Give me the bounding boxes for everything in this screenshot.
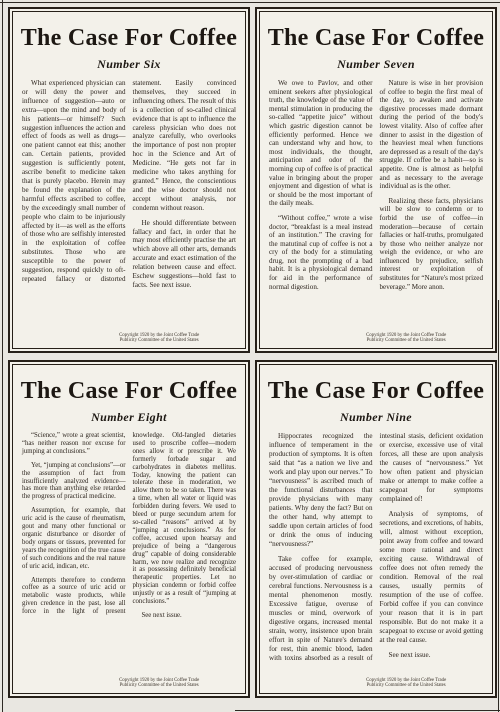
paragraph: Hippocrates recognized the influence of …: [269, 432, 373, 549]
ad-subtitle: Number Six: [13, 57, 245, 72]
copyright-line: Publicity Committee of the United States: [350, 338, 461, 344]
ad-title: The Case For Coffee: [13, 378, 245, 405]
ad-number-six-frame: The Case For Coffee Number Six What expe…: [12, 11, 246, 349]
ad-body-text: We owe to Pavlov, and other eminent seek…: [260, 79, 492, 332]
paragraph: He should differentiate between fallacy …: [133, 219, 237, 290]
paragraph: We owe to Pavlov, and other eminent seek…: [269, 79, 373, 208]
ad-body-text: What experienced physician can or will d…: [13, 79, 245, 332]
ad-subtitle: Number Nine: [260, 410, 492, 425]
ad-title: The Case For Coffee: [13, 25, 245, 52]
paragraph: Nature is wise in her provision of coffe…: [380, 79, 484, 191]
ad-number-nine-frame: The Case For Coffee Number Nine Hippocra…: [259, 364, 493, 694]
copyright-line: Publicity Committee of the United States: [103, 338, 214, 344]
ad-number-nine: The Case For Coffee Number Nine Hippocra…: [255, 360, 497, 698]
crop-rule-left: [2, 0, 3, 712]
ad-number-seven: The Case For Coffee Number Seven We owe …: [255, 7, 497, 353]
paragraph: See next issue.: [133, 612, 237, 620]
ad-title: The Case For Coffee: [260, 25, 492, 52]
copyright-notice: Copyright 1920 by the Joint Coffee Trade…: [350, 678, 461, 689]
copyright-line: Publicity Committee of the United States: [103, 683, 214, 689]
ad-body-text: Hippocrates recognized the influence of …: [260, 432, 492, 677]
crop-rule-top: [0, 2, 500, 3]
ad-number-seven-frame: The Case For Coffee Number Seven We owe …: [259, 11, 493, 349]
ad-subtitle: Number Eight: [13, 410, 245, 425]
ad-number-eight-frame: The Case For Coffee Number Eight “Scienc…: [12, 364, 246, 694]
copyright-notice: Copyright 1920 by the Joint Coffee Trade…: [103, 333, 214, 344]
paragraph: Analysis of symptoms, of secretions, and…: [380, 510, 484, 645]
ad-number-six: The Case For Coffee Number Six What expe…: [8, 7, 250, 353]
paragraph: See next issue.: [380, 651, 484, 660]
crop-rule-right: [498, 300, 499, 712]
copyright-line: Publicity Committee of the United States: [350, 683, 461, 689]
ad-subtitle: Number Seven: [260, 57, 492, 72]
ad-title: The Case For Coffee: [260, 378, 492, 405]
ad-body-text: “Science,” wrote a great scientist, “has…: [13, 432, 245, 677]
copyright-notice: Copyright 1920 by the Joint Coffee Trade…: [103, 678, 214, 689]
paragraph: Realizing these facts, physicians will b…: [380, 197, 484, 292]
paragraph: Yet, “jumping at conclusions”—or the ass…: [22, 462, 126, 502]
copyright-notice: Copyright 1920 by the Joint Coffee Trade…: [350, 333, 461, 344]
paragraph: Assumption, for example, that uric acid …: [22, 507, 126, 570]
crop-rule-bottom: [235, 710, 500, 711]
paragraph: “Science,” wrote a great scientist, “has…: [22, 432, 126, 456]
paragraph: “Without coffee,” wrote a wise doctor, “…: [269, 214, 373, 291]
ad-grid: The Case For Coffee Number Six What expe…: [8, 7, 497, 698]
ad-number-eight: The Case For Coffee Number Eight “Scienc…: [8, 360, 250, 698]
scanned-ad-sheet: The Case For Coffee Number Six What expe…: [0, 0, 500, 712]
